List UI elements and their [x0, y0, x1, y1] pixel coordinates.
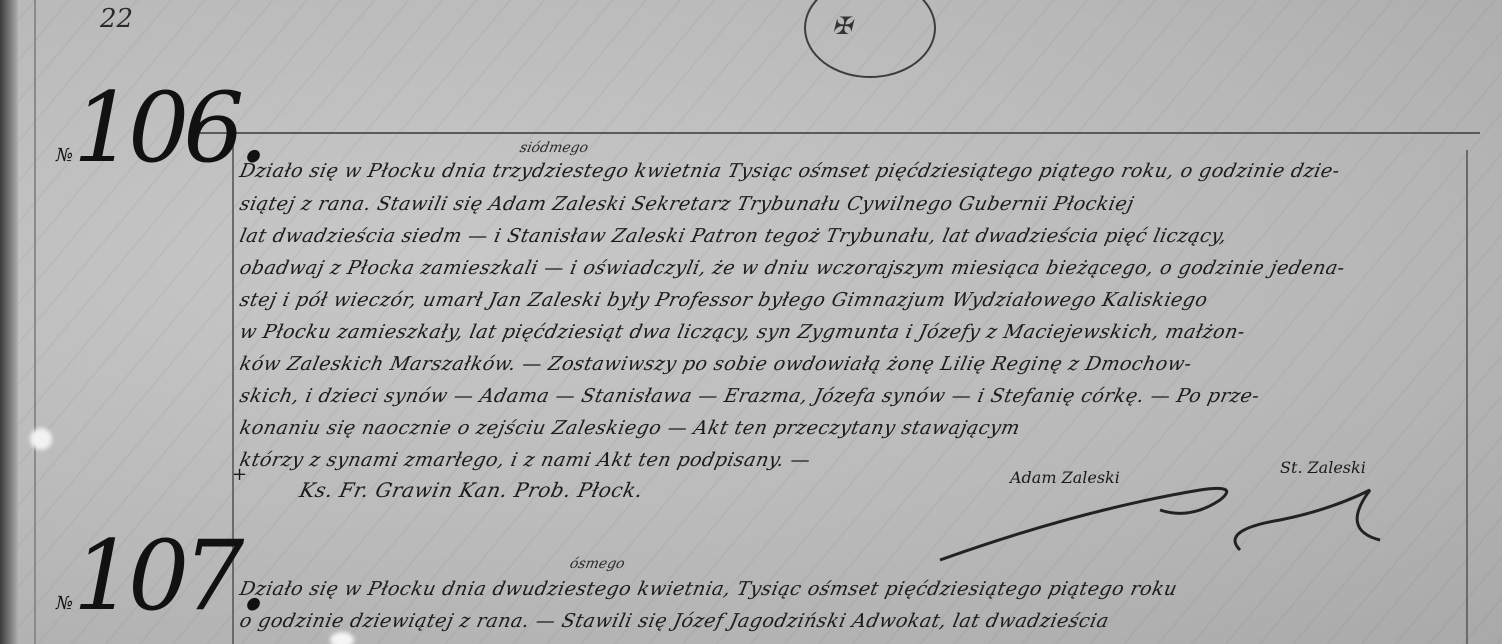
- priest-signature: Ks. Fr. Grawin Kan. Prob. Płock.: [297, 478, 645, 502]
- entry-106-line-10: którzy z synami zmarłego, i z nami Akt t…: [238, 449, 813, 471]
- entry-106-line-2: siątej z rana. Stawili się Adam Zaleski …: [238, 193, 1136, 215]
- entry-106-line-9: konaniu się naocznie o zejściu Zaleskieg…: [238, 417, 1022, 439]
- entry-number-107: №107.: [56, 520, 263, 632]
- entry-106-line-7: ków Zaleskich Marszałków. — Zostawiwszy …: [238, 353, 1194, 375]
- cross-mark: +: [232, 464, 247, 485]
- scan-glare: [30, 428, 52, 450]
- document-page: 22 ✠ №106. siódmego Działo się w Płocku …: [0, 0, 1502, 644]
- signature-flourish: [900, 470, 1460, 580]
- interlinear-correction: siódmego: [518, 140, 589, 156]
- entry-106-line-1: Działo się w Płocku dnia trzydziestego k…: [238, 160, 1342, 182]
- entry-number-106: №106.: [56, 72, 263, 184]
- entry-107-line-1: Działo się w Płocku dnia dwudziestego kw…: [238, 578, 1180, 600]
- entry-106-line-8: skich, i dzieci synów — Adama — Stanisła…: [238, 385, 1262, 407]
- entry-107-line-2: o godzinie dziewiątej z rana. — Stawili …: [238, 610, 1111, 632]
- entry-top-rule: [200, 132, 1480, 134]
- binding-edge: [0, 0, 18, 644]
- interlinear-correction-107: ósmego: [568, 556, 626, 572]
- outer-margin-line: [34, 0, 36, 644]
- entry-106-line-4: obadwaj z Płocka zamieszkali — i oświadc…: [238, 257, 1347, 279]
- entry-106-line-3: lat dwadzieścia siedm — i Stanisław Zale…: [238, 225, 1229, 247]
- right-margin-line: [1466, 150, 1468, 644]
- entry-106-line-5: stej i pół wieczór, umarł Jan Zaleski by…: [238, 289, 1210, 311]
- page-number: 22: [100, 4, 133, 34]
- archive-stamp: ✠: [804, 0, 936, 78]
- entry-106-line-6: w Płocku zamieszkały, lat pięćdziesiąt d…: [238, 321, 1248, 343]
- scan-glare: [330, 632, 354, 644]
